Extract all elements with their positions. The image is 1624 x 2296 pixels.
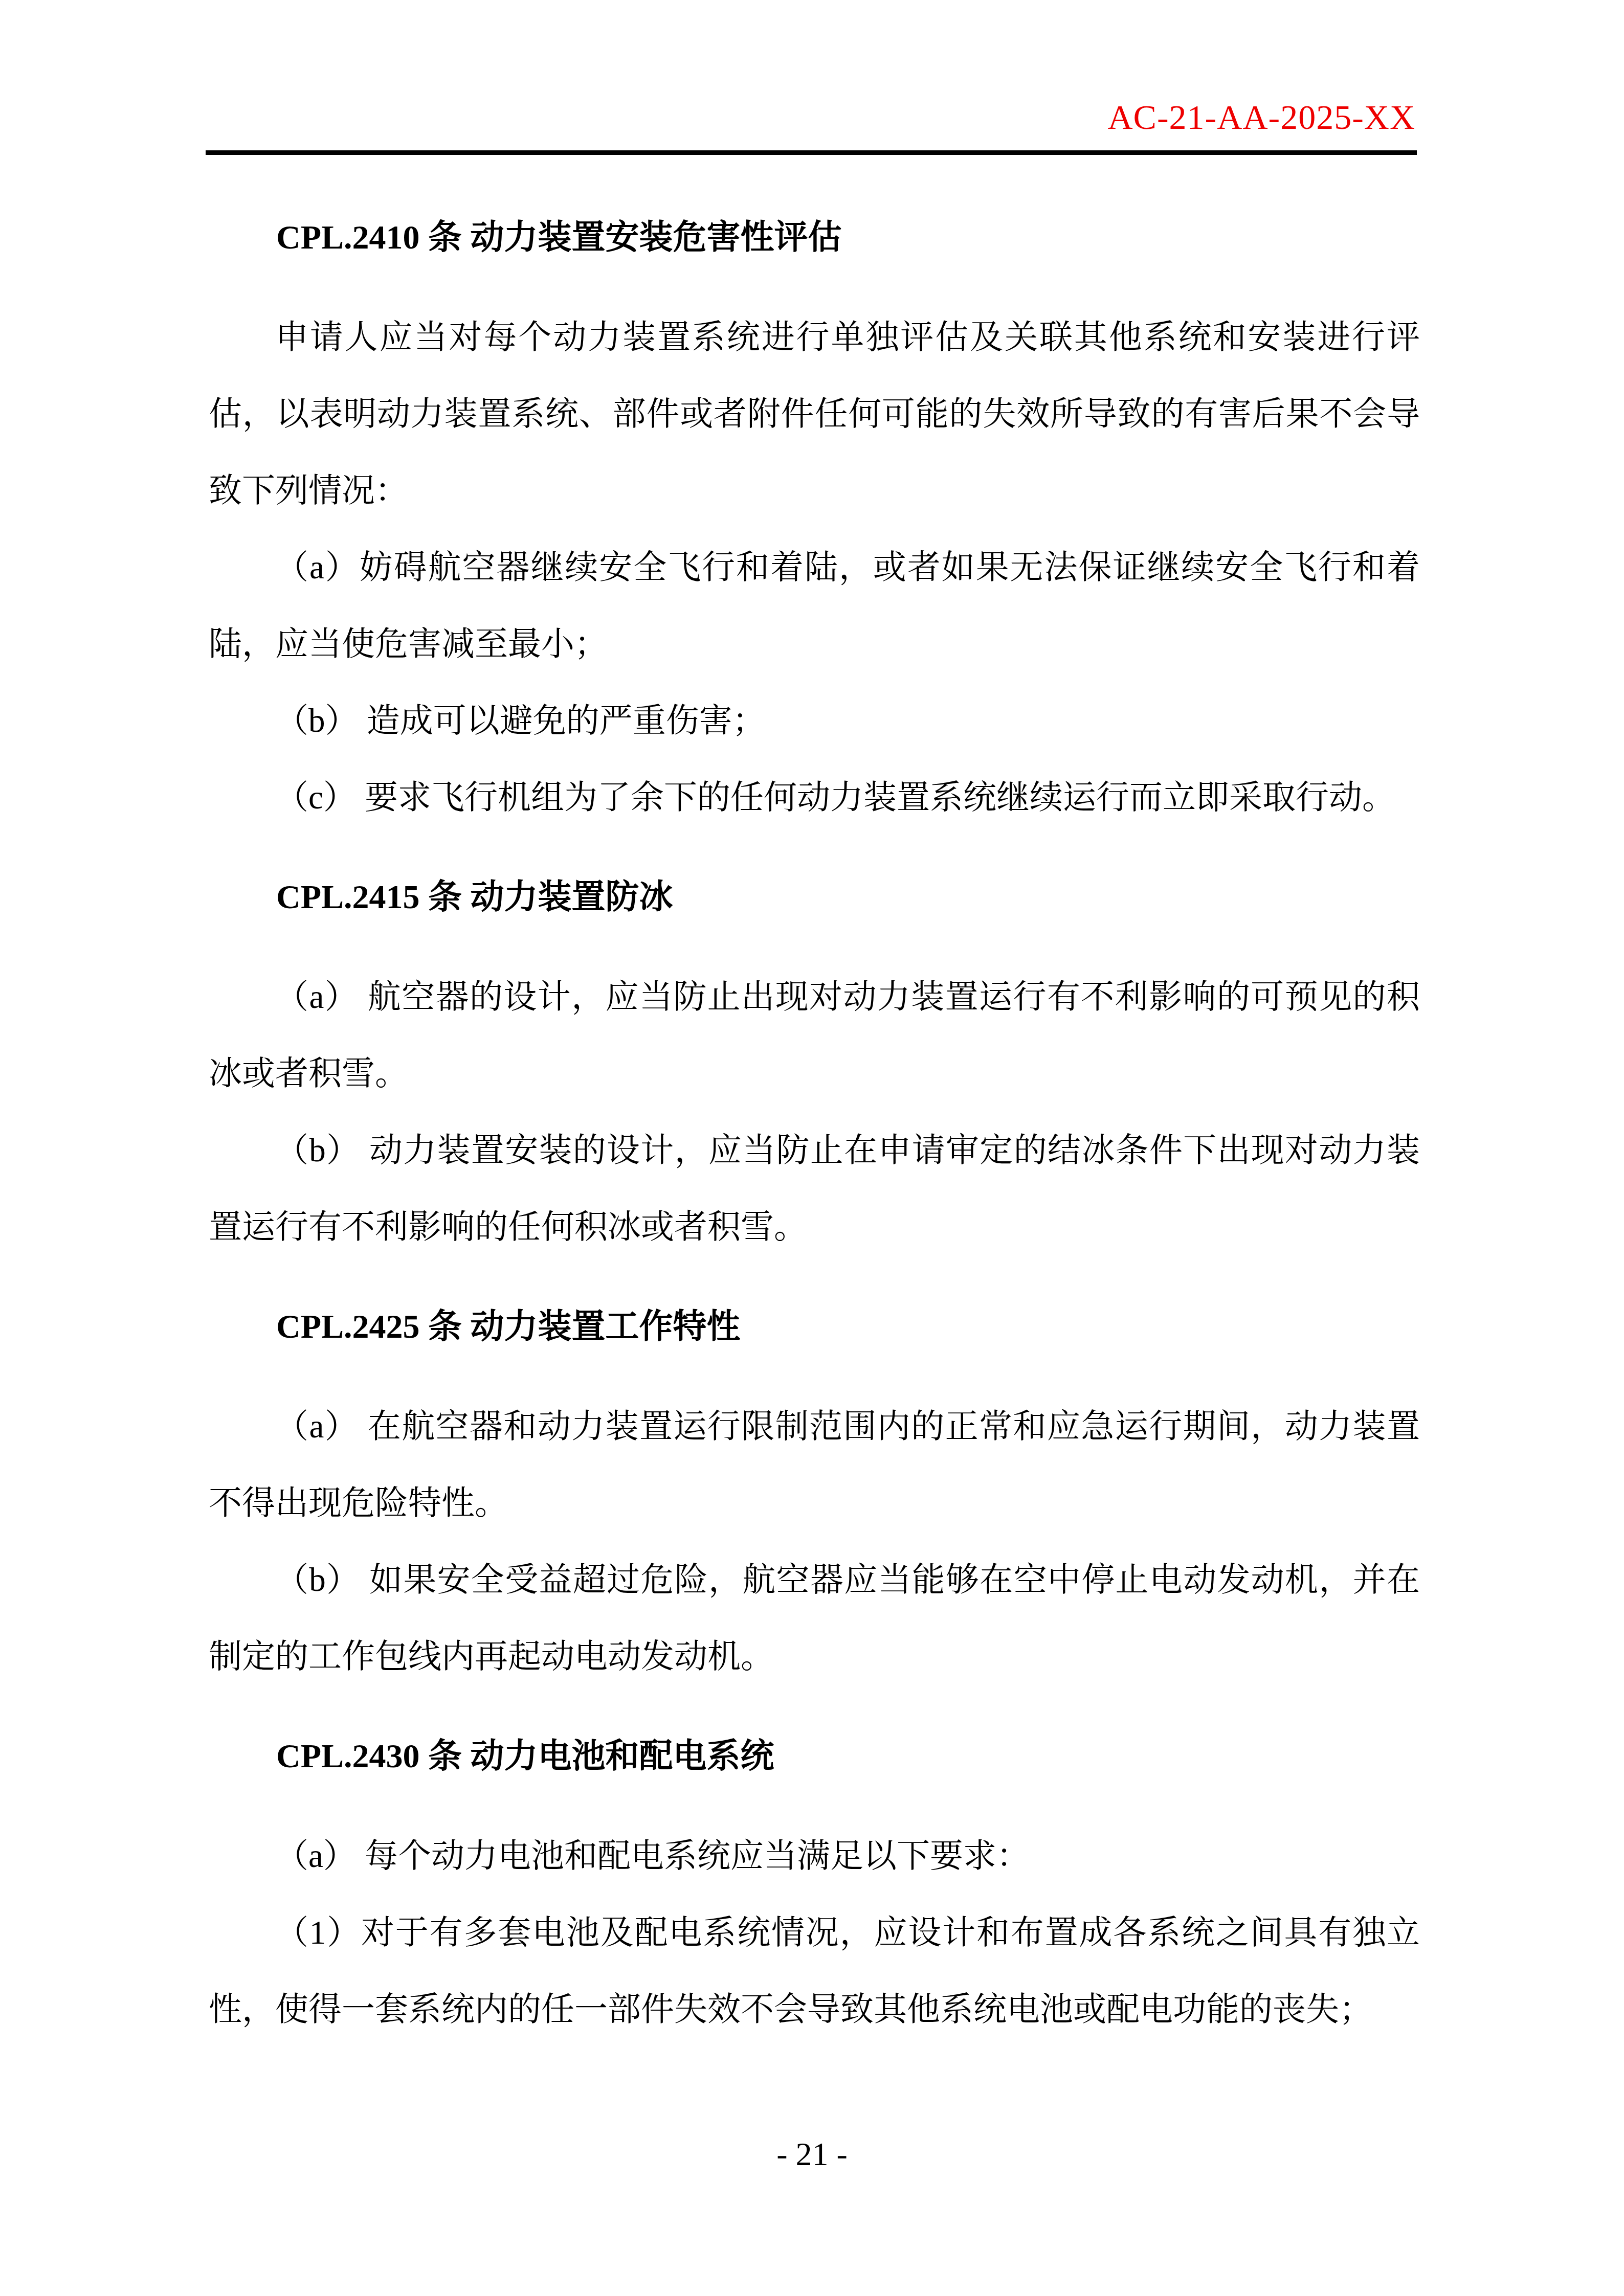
cpl2430-item-a: （a） 每个动力电池和配电系统应当满足以下要求： [209,1818,1420,1895]
document-content: CPL.2410 条 动力装置安装危害性评估 申请人应当对每个动力装置系统进行单… [209,184,1420,2048]
section-title-cpl2410: CPL.2410 条 动力装置安装危害性评估 [209,199,1420,276]
cpl2430-item-1: （1）对于有多套电池及配电系统情况，应设计和布置成各系统之间具有独立性，使得一套… [209,1895,1420,2048]
section-title-cpl2430: CPL.2430 条 动力电池和配电系统 [209,1718,1420,1795]
section-title-cpl2425: CPL.2425 条 动力装置工作特性 [209,1289,1420,1365]
cpl2410-item-b: （b） 造成可以避免的严重伤害； [209,683,1420,759]
section-title-cpl2415: CPL.2415 条 动力装置防冰 [209,859,1420,936]
cpl2410-paragraph-intro: 申请人应当对每个动力装置系统进行单独评估及关联其他系统和安装进行评估，以表明动力… [209,299,1420,529]
document-number: AC-21-AA-2025-XX [1108,98,1415,137]
cpl2415-item-b: （b） 动力装置安装的设计，应当防止在申请审定的结冰条件下出现对动力装置运行有不… [209,1112,1420,1266]
cpl2425-item-a: （a） 在航空器和动力装置运行限制范围内的正常和应急运行期间，动力装置不得出现危… [209,1388,1420,1542]
header-rule [206,150,1417,155]
cpl2415-item-a: （a） 航空器的设计，应当防止出现对动力装置运行有不利影响的可预见的积冰或者积雪… [209,959,1420,1112]
cpl2410-item-a: （a）妨碍航空器继续安全飞行和着陆，或者如果无法保证继续安全飞行和着陆，应当使危… [209,529,1420,683]
document-page: AC-21-AA-2025-XX CPL.2410 条 动力装置安装危害性评估 … [0,0,1624,2296]
page-number: - 21 - [0,2136,1624,2172]
cpl2425-item-b: （b） 如果安全受益超过危险，航空器应当能够在空中停止电动发动机，并在制定的工作… [209,1542,1420,1695]
cpl2410-item-c: （c） 要求飞行机组为了余下的任何动力装置系统继续运行而立即采取行动。 [209,759,1420,836]
